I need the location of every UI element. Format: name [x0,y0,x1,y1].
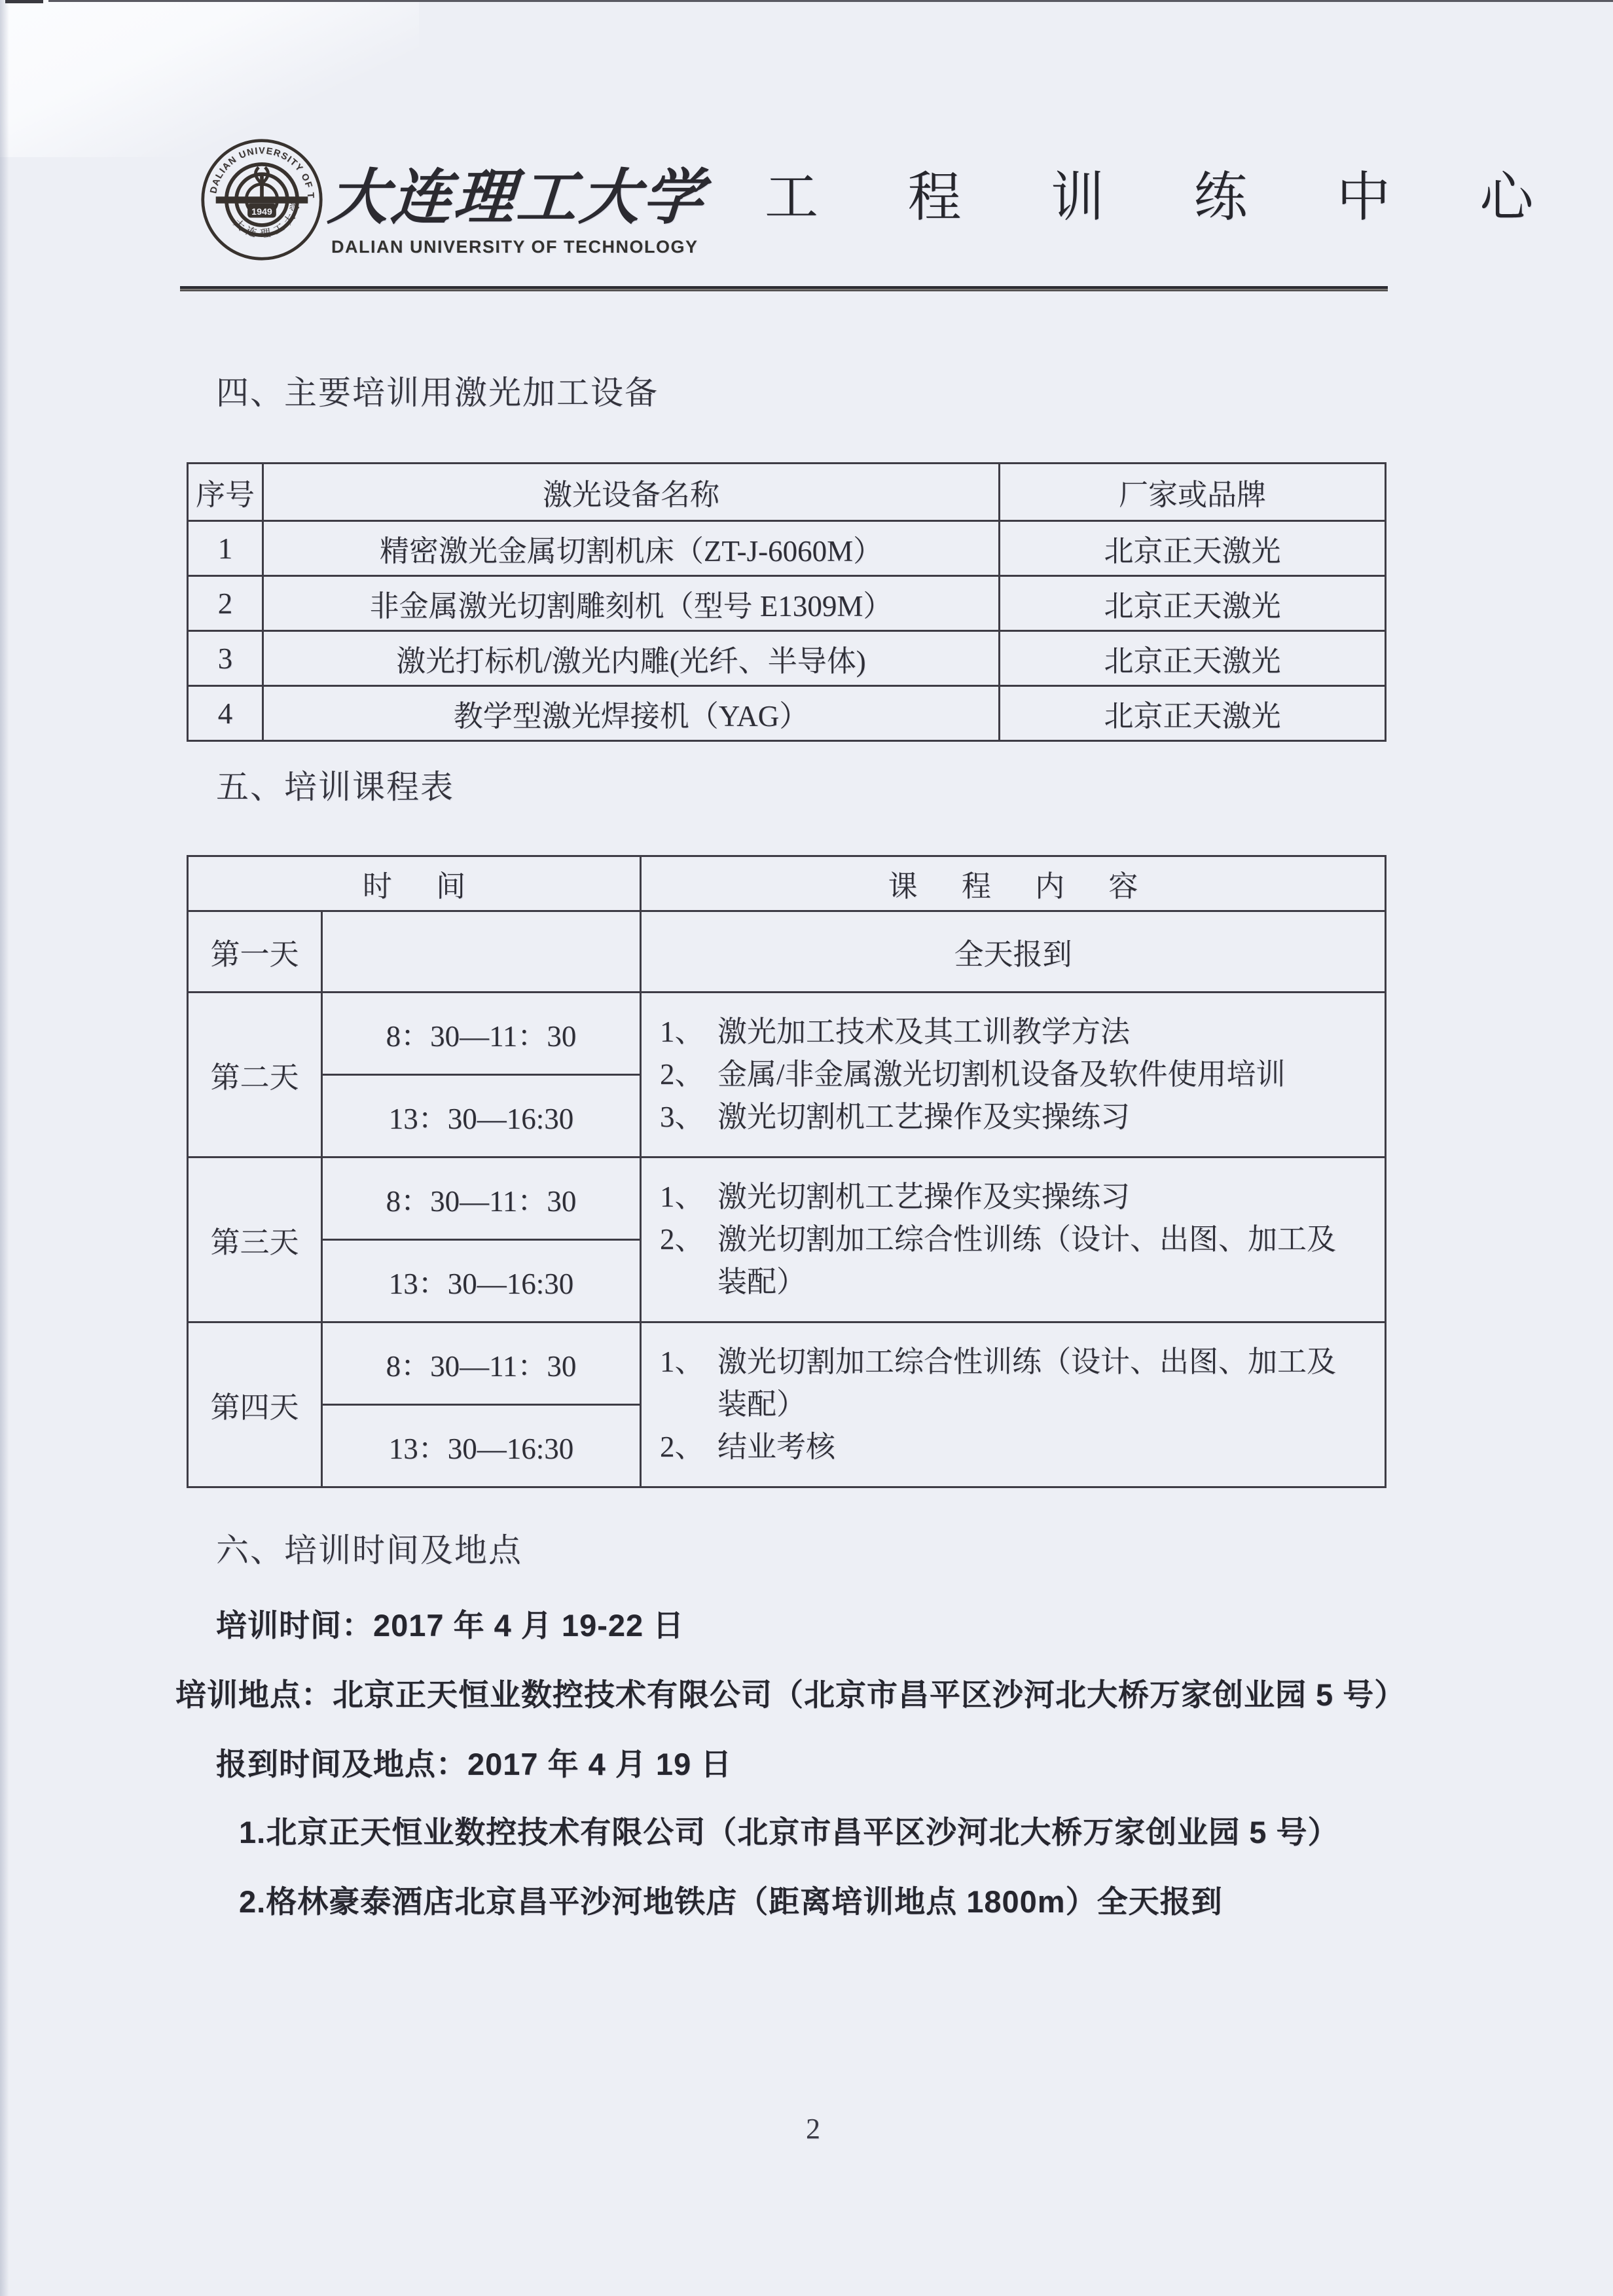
header-rule [180,286,1388,291]
scan-corner-highlight [0,0,419,157]
table-row: 2 非金属激光切割雕刻机（型号 E1309M） 北京正天激光 [188,576,1386,631]
equipment-header-name: 激光设备名称 [263,464,1000,521]
item-number: 1、 [660,1338,717,1380]
table-row: 4 教学型激光焊接机（YAG） 北京正天激光 [188,686,1386,741]
training-location-line: 培训地点：北京正天恒业数控技术有限公司（北京市昌平区沙河北大桥万家创业园 5 号… [175,1671,1405,1715]
item-number: 1、 [660,1008,717,1050]
cell-no: 3 [188,631,263,686]
cell-name: 精密激光金属切割机床（ZT-J-6060M） [263,521,1000,576]
item-text: 结业考核 [717,1430,835,1463]
time-cell-am: 8：30—11：30 [322,1157,641,1240]
item-number: 2、 [660,1050,717,1093]
item-text: 激光切割机工艺操作及实操练习 [717,1180,1130,1213]
equipment-header-row: 序号 激光设备名称 厂家或品牌 [188,464,1386,521]
section-title-equipment: 四、主要培训用激光加工设备 [216,367,659,414]
scanned-document-page: DALIAN UNIVERSITY OF TECHNOLOGY 大 连 理 工 … [0,0,1613,2296]
cell-brand: 北京正天激光 [1000,576,1386,631]
item-number: 1、 [660,1173,717,1215]
schedule-row-day1: 第一天 全天报到 [188,911,1386,993]
schedule-item: 2、激光切割加工综合性训练（设计、出图、加工及 [660,1215,1378,1258]
scan-left-edge-shadow [0,0,9,2296]
center-title: 工 程 训 练 中 心 [765,155,1572,231]
checkin-time-line: 报到时间及地点：2017 年 4 月 19 日 [216,1740,732,1784]
time-cell-pm: 13：30—16:30 [322,1240,641,1322]
item-number: 2、 [660,1423,717,1465]
cell-name: 非金属激光切割雕刻机（型号 E1309M） [263,576,1000,631]
cell-no: 4 [188,686,263,741]
section-title-schedule: 五、培训课程表 [216,761,454,808]
schedule-item: 1、激光切割加工综合性训练（设计、出图、加工及 [660,1338,1378,1380]
time-cell-pm: 13：30—16:30 [322,1075,641,1157]
item-text: 激光加工技术及其工训教学方法 [717,1015,1130,1048]
cell-brand: 北京正天激光 [1000,521,1386,576]
schedule-item: 1、激光切割机工艺操作及实操练习 [660,1173,1378,1215]
cell-name: 教学型激光焊接机（YAG） [263,686,1000,741]
section-title-time-location: 六、培训时间及地点 [216,1524,522,1571]
equipment-header-brand: 厂家或品牌 [1000,464,1386,521]
schedule-content-list: 1、激光切割机工艺操作及实操练习 2、激光切割加工综合性训练（设计、出图、加工及… [660,1173,1378,1300]
item-number: 3、 [660,1093,717,1135]
time-cell-am: 8：30—11：30 [322,993,641,1075]
svg-text:1949: 1949 [251,207,272,217]
cell-brand: 北京正天激光 [1000,631,1386,686]
schedule-item: 1、激光加工技术及其工训教学方法 [660,1008,1378,1050]
schedule-header-row: 时 间 课 程 内 容 [188,856,1386,911]
schedule-row-day3: 第三天 8：30—11：30 1、激光切割机工艺操作及实操练习 2、激光切割加工… [188,1157,1386,1240]
university-name-cn: 大连理工大学 [325,149,708,236]
scan-top-line-artifact [48,0,1613,2]
checkin-location-item-1: 1.北京正天恒业数控技术有限公司（北京市昌平区沙河北大桥万家创业园 5 号） [239,1808,1339,1852]
schedule-row-day4: 第四天 8：30—11：30 1、激光切割加工综合性训练（设计、出图、加工及 装… [188,1322,1386,1405]
cell-no: 1 [188,521,263,576]
schedule-item-wrap: 装配） [660,1380,1378,1423]
content-cell: 1、激光加工技术及其工训教学方法 2、金属/非金属激光切割机设备及软件使用培训 … [641,993,1386,1157]
item-text: 金属/非金属激光切割机设备及软件使用培训 [717,1058,1286,1091]
cell-no: 2 [188,576,263,631]
schedule-item: 2、结业考核 [660,1423,1378,1465]
equipment-header-no: 序号 [188,464,263,521]
schedule-content-list: 1、激光加工技术及其工训教学方法 2、金属/非金属激光切割机设备及软件使用培训 … [660,1008,1378,1135]
day-cell: 第三天 [188,1157,322,1322]
table-row: 3 激光打标机/激光内雕(光纤、半导体) 北京正天激光 [188,631,1386,686]
university-name-en: DALIAN UNIVERSITY OF TECHNOLOGY [331,237,698,257]
schedule-item: 2、金属/非金属激光切割机设备及软件使用培训 [660,1050,1378,1093]
university-seal-icon: DALIAN UNIVERSITY OF TECHNOLOGY 大 连 理 工 … [200,137,324,262]
item-text: 激光切割加工综合性训练（设计、出图、加工及 [717,1345,1336,1378]
time-cell-pm: 13：30—16:30 [322,1405,641,1487]
day-cell: 第二天 [188,993,322,1157]
time-cell-empty [322,911,641,993]
cell-name: 激光打标机/激光内雕(光纤、半导体) [263,631,1000,686]
schedule-header-time: 时 间 [188,856,641,911]
content-cell: 1、激光切割机工艺操作及实操练习 2、激光切割加工综合性训练（设计、出图、加工及… [641,1157,1386,1322]
schedule-item-wrap: 装配） [660,1258,1378,1300]
page-number: 2 [793,2112,833,2145]
day-cell: 第一天 [188,911,322,993]
item-text: 激光切割机工艺操作及实操练习 [717,1101,1130,1133]
item-text: 激光切割加工综合性训练（设计、出图、加工及 [717,1223,1336,1256]
table-row: 1 精密激光金属切割机床（ZT-J-6060M） 北京正天激光 [188,521,1386,576]
content-cell: 全天报到 [641,911,1386,993]
schedule-content-list: 1、激光切割加工综合性训练（设计、出图、加工及 装配） 2、结业考核 [660,1338,1378,1465]
equipment-table: 序号 激光设备名称 厂家或品牌 1 精密激光金属切割机床（ZT-J-6060M）… [187,462,1386,742]
item-number: 2、 [660,1215,717,1258]
scan-top-dash-artifact [5,0,43,3]
item-text: 装配） [717,1388,806,1421]
day-cell: 第四天 [188,1322,322,1487]
schedule-row-day2: 第二天 8：30—11：30 1、激光加工技术及其工训教学方法 2、金属/非金属… [188,993,1386,1075]
checkin-location-item-2: 2.格林豪泰酒店北京昌平沙河地铁店（距离培训地点 1800m）全天报到 [239,1878,1223,1922]
cell-brand: 北京正天激光 [1000,686,1386,741]
time-cell-am: 8：30—11：30 [322,1322,641,1405]
schedule-table: 时 间 课 程 内 容 第一天 全天报到 第二天 8：30—11：30 1、激光… [187,855,1386,1488]
training-time-line: 培训时间：2017 年 4 月 19-22 日 [216,1601,684,1645]
content-cell: 1、激光切割加工综合性训练（设计、出图、加工及 装配） 2、结业考核 [641,1322,1386,1487]
item-text: 装配） [717,1266,806,1298]
schedule-header-content: 课 程 内 容 [641,856,1386,911]
schedule-item: 3、激光切割机工艺操作及实操练习 [660,1093,1378,1135]
